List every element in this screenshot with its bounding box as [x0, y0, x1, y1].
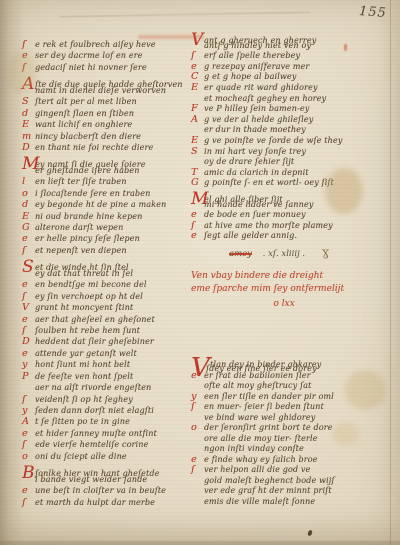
right-column-section1: Vant g gheruech en gherreyantſ g hindley… [191, 30, 377, 242]
red-ink-mark [344, 44, 347, 51]
line-text: ey dat that threat in ſel [35, 269, 133, 278]
rubric-initial: D [22, 143, 35, 153]
line-text: ofte alt moy gheſtrucy ſat [204, 381, 311, 390]
line-text: nincy blacberſt den diere [35, 132, 141, 141]
manuscript-line: Sſtert alt per al met liben [22, 97, 194, 108]
rubric-initial: ſ [22, 246, 35, 256]
manuscript-line: Mel ghi alle ſiber ſijt [191, 189, 377, 200]
line-text: aer that gheſeel en gheſonet [35, 315, 155, 324]
line-text: ore alle die moy tier- ſterle [204, 434, 317, 443]
manuscript-line: Eg ve poinſte ve ſorde de wſe they [191, 136, 377, 147]
manuscript-line: Bſonlke hier win hant gheſetde [22, 463, 194, 474]
line-text: e rek et foulbrech aiſey heve [35, 40, 156, 49]
manuscript-line: oy de drare ſehier ſijt [191, 157, 377, 168]
rubric-initial: e [22, 315, 35, 325]
rubric-initial: e [22, 51, 35, 61]
rubric-initial: A [22, 76, 35, 93]
manuscript-line: ſe rek et foulbrech aiſey heve [22, 40, 194, 51]
manuscript-line: Set die winde ht ſin ſtel [22, 257, 194, 268]
manuscript-line: ngon inſti vinday conſte [191, 444, 377, 455]
line-text: de feeſte ven hont ſpelt [35, 372, 133, 381]
manuscript-line: ee finde whay ey ſalich broe [191, 455, 377, 466]
manuscript-line: ver ede graf ht der minnt priſt [191, 486, 377, 497]
manuscript-line: Dheddent dat ſleir gheſebiner [22, 337, 194, 348]
line-text: ni oud brande hine kepen [35, 212, 142, 221]
manuscript-line: oder ſeronſirt grint bort te dore [191, 423, 377, 434]
rubric-initial: e [22, 429, 35, 439]
rubric-initial: ſ [22, 498, 35, 508]
page-bottom-edge [0, 541, 400, 545]
manuscript-line: Eer quade rit ward ghidorey [191, 83, 377, 94]
manuscript-line: er dur in thade moethey [191, 125, 377, 136]
manuscript-line: emis die ville maleſt ſonne [191, 497, 377, 508]
line-text: at hive ame tho morſte plamey [204, 221, 333, 230]
line-text: g ve poinſte ve ſorde de wſe they [204, 136, 342, 145]
rubric-initial: D [22, 337, 35, 347]
manuscript-line: ſveidenſt ſi op ht ſeghey [22, 395, 194, 406]
rubric-initial: o [22, 189, 35, 199]
rubric-initial: o [22, 452, 35, 462]
manuscript-line: Ewant lichif en onghiere [22, 120, 194, 131]
rubric-initial: C [191, 72, 204, 82]
rubric-initial: o [191, 423, 204, 433]
manuscript-line: et mocheaſt geghey en horey [191, 94, 377, 105]
line-text: namt in dienel dieſe verworven [35, 86, 166, 95]
manuscript-line: ſgedaciſ niet hi novner ſere [22, 63, 194, 74]
manuscript-line: dgingenſt ſlaen en ſtiben [22, 109, 194, 120]
manuscript-line: eser dey dacrme lof en ere [22, 51, 194, 62]
line-text: er dur in thade moethey [204, 125, 306, 134]
line-text: en muer- ſeier ſi beden ſtunt [204, 402, 324, 411]
line-text: er ſrat die babilonien ſler [204, 371, 311, 380]
rubric-initial: e [191, 210, 204, 220]
manuscript-line: er gheſtande iſere haben [22, 166, 194, 177]
rubric-initial: P [22, 372, 35, 382]
manuscript-line: Fve P hilley ſein bamen-ey [191, 104, 377, 115]
line-text: en bendtſge mi becone del [35, 280, 147, 289]
manuscript-line: Galterone darſt wepen [22, 223, 194, 234]
rubric-initial: d [22, 109, 35, 119]
manuscript-line: Den thant nie foi rechte diere [22, 143, 194, 154]
rubric-initial: ſ [191, 51, 204, 61]
rubric-initial: S [22, 259, 35, 276]
line-text: ey ſin verchoept op ht del [35, 292, 143, 301]
line-text: ve bind ware wel ghidorey [204, 413, 315, 422]
manuscript-line: een bendtſge mi becone del [22, 280, 194, 291]
line-text: oni du ſciept alle dine [35, 452, 127, 461]
manuscript-line: yſeden dann dorſt niet elagſti [22, 406, 194, 417]
manuscript-line: Vgrant ht moncyent ſtint [22, 303, 194, 314]
rubric-initial: E [22, 212, 35, 222]
manuscript-line: ooni du ſciept alle dine [22, 452, 194, 463]
line-text: in mi hart vey ſonſe trey [204, 147, 306, 156]
rubric-initial: e [191, 455, 204, 465]
line-text: want lichif en onghiere [35, 120, 132, 129]
line-text: de bode en ſuer monuey [204, 210, 306, 219]
manuscript-line: ſerf alle ſpelle therebey [191, 51, 377, 62]
line-text: i ſlocaſtende ſere en traben [35, 189, 150, 198]
line-text: ve P hilley ſein bamen-ey [204, 104, 309, 113]
line-text: erf alle ſpelle therebey [204, 51, 300, 60]
manuscript-line: yhont ſiunt mi hont belt [22, 360, 194, 371]
manuscript-line: tlan dey in binder ghkarey [191, 360, 377, 371]
rubric-initial: T [191, 168, 204, 178]
manuscript-page: 155 ſe rek et foulbrech aiſey heveeser d… [0, 0, 400, 545]
line-text: et nepenſt ven diepen [35, 246, 127, 255]
rubric-initial: S [191, 147, 204, 157]
line-text: g ve der al helde ghileſley [204, 115, 313, 124]
rubric-initial: y [22, 406, 35, 416]
line-text: t ſe ſitten po te in gine [35, 417, 130, 426]
manuscript-line: ve bind ware wel ghidorey [191, 413, 377, 424]
line-text: gingenſt ſlaen en ſtiben [35, 109, 134, 118]
folio-number: 155 [359, 4, 388, 21]
rubric-initial: ſ [191, 402, 204, 412]
red-rubric: Ven vbay bindere die dreight eme ſparche… [191, 270, 377, 310]
rubric-initial: E [22, 120, 35, 130]
manuscript-line: ede bode en ſuer monuey [191, 210, 377, 221]
manuscript-line: ſet marth da hulpt dar merbe [22, 498, 194, 509]
colophon-line: amey . xſ. xliiij . ɣ [229, 245, 377, 258]
rubric-initial: e [191, 62, 204, 72]
line-text: amic da clarich in depnit [204, 168, 309, 177]
manuscript-line: Aſte die due quele hadde gheſtorven [22, 74, 194, 85]
rubric-initial: ſ [191, 221, 204, 231]
struck-word: amey [229, 249, 252, 259]
rubric-initial: ſ [22, 395, 35, 405]
rubric-initial: e [22, 486, 35, 496]
right-text-column: Vant g gheruech en gherreyantſ g hindley… [191, 30, 377, 507]
manuscript-line: Mey namt ſi die quele ſoiere [22, 154, 194, 165]
manuscript-line: gold maleſt beghenct bode wijſ [191, 476, 377, 487]
manuscript-line: mi hande lidder ve ſanney [191, 200, 377, 211]
rubric-initial: F [191, 104, 204, 114]
manuscript-line: ſen muer- ſeier ſi beden ſtunt [191, 402, 377, 413]
manuscript-line: Pde feeſte ven hont ſpelt [22, 372, 194, 383]
line-text: mi hande lidder ve ſanney [204, 200, 313, 209]
rubric-initial: l [22, 177, 35, 187]
line-text: ser dey dacrme lof en ere [35, 51, 143, 60]
manuscript-line: yeen ſler tiſle en dander pir oml [191, 392, 377, 403]
rubric-initial: M [22, 156, 35, 173]
line-text: et mocheaſt geghey en horey [204, 94, 326, 103]
manuscript-line: ſſoulben ht rebe hem ſunt [22, 326, 194, 337]
manuscript-line: eet hider ſanney muſte ontfint [22, 429, 194, 440]
rubric-initial: e [22, 280, 35, 290]
line-text: er quade rit ward ghidorey [204, 83, 318, 92]
line-text: der ſeronſirt grint bort te dore [204, 423, 333, 432]
rubric-initial: E [191, 83, 204, 93]
line-text: aer na alſt rivorde engeſten [35, 383, 151, 392]
rubric-initial: y [22, 360, 35, 370]
manuscript-line: ey dat that threat in ſel [22, 269, 194, 280]
line-text: g rezepay aniſferave mer [204, 62, 309, 71]
line-text: attende yar getanſt welt [35, 349, 137, 358]
rubric-initial: E [191, 136, 204, 146]
rubric-initial: G [191, 178, 204, 188]
ink-speck [307, 529, 313, 536]
rubric-initial: A [22, 417, 35, 427]
manuscript-line: Vſdey een ſine ſler ee dorey [191, 350, 377, 361]
manuscript-line: eſegt alle gelder annig. [191, 231, 377, 242]
manuscript-line: aer na alſt rivorde engeſten [22, 383, 194, 394]
red-ink-smudge [138, 35, 204, 39]
rubric-initial: d [22, 200, 35, 210]
line-text: emis die ville maleſt ſonne [204, 497, 315, 506]
rubric-initial: ſ [191, 465, 204, 475]
line-text: heddent dat ſleir gheſebiner [35, 337, 154, 346]
right-column-section2: Vſdey een ſine ſler ee doreytlan dey in … [191, 350, 377, 508]
rubric-initial: e [191, 231, 204, 241]
line-text: ſtert alt per al met liben [35, 97, 137, 106]
line-text: ngon inſti vinday conſte [204, 444, 304, 453]
line-text: oy de drare ſehier ſijt [204, 157, 294, 166]
rubric-initial: B [22, 465, 35, 482]
manuscript-line: len lieſt ter ſiſe traben [22, 177, 194, 188]
manuscript-line: At ſe ſitten po te in gine [22, 417, 194, 428]
line-text: ver ede graf ht der minnt priſt [204, 486, 332, 495]
line-text: en thant nie foi rechte diere [35, 143, 153, 152]
line-text: i bande viegt welder ſande [35, 475, 147, 484]
manuscript-line: Gg poinſte ſ- en et wortl- oey ſiſt [191, 178, 377, 189]
rubric-initial: e [22, 349, 35, 359]
left-text-column: ſe rek et foulbrech aiſey heveeser dey d… [22, 40, 194, 509]
line-text: een ſler tiſle en dander pir oml [204, 392, 334, 401]
manuscript-line: ofte alt moy gheſtrucy ſat [191, 381, 377, 392]
line-text: veidenſt ſi op ht ſeghey [35, 395, 133, 404]
line-text: er helle pincy ſeſe ſlepen [35, 234, 140, 243]
manuscript-line: mnincy blacberſt den diere [22, 132, 194, 143]
rubric-initial: S [22, 97, 35, 107]
manuscript-line: ſede vierſe hemteliſe corine [22, 440, 194, 451]
line-text: tlan dey in binder ghkarey [204, 360, 321, 369]
manuscript-line: eer helle pincy ſeſe ſlepen [22, 234, 194, 245]
line-text: ede vierſe hemteliſe corine [35, 440, 148, 449]
manuscript-line: antſ g hindley niet ven oy [191, 41, 377, 52]
rubric-initial: V [191, 355, 206, 381]
manuscript-line: Sin mi hart vey ſonſe trey [191, 147, 377, 158]
manuscript-line: eer ſrat die babilonien ſler [191, 371, 377, 382]
manuscript-line: oi ſlocaſtende ſere en traben [22, 189, 194, 200]
line-text: ey begonde ht de pine a maken [35, 200, 166, 209]
line-text: hont ſiunt mi hont belt [35, 360, 130, 369]
rubric-line: Ven vbay bindere die dreight [191, 270, 377, 283]
manuscript-line: Eni oud brande hine kepen [22, 212, 194, 223]
parchment-scratch [60, 12, 310, 17]
pen-flourish: ɣ [322, 245, 329, 259]
rubric-initial: G [22, 223, 35, 233]
manuscript-line: Tamic da clarich in depnit [191, 168, 377, 179]
roman-numerals: . xſ. xliiij . [263, 249, 305, 259]
rubric-initial: ſ [22, 326, 35, 336]
manuscript-line: dey begonde ht de pine a maken [22, 200, 194, 211]
line-text: er gheſtande iſere haben [35, 166, 140, 175]
manuscript-line: eaer that gheſeel en gheſonet [22, 315, 194, 326]
manuscript-line: ſey ſin verchoept op ht del [22, 292, 194, 303]
line-text: ver helpon alli die god ve [204, 465, 310, 474]
rubric-line: eme ſparche mim ſey ontfermelijt [191, 283, 377, 296]
rubric-folio-ref: o lxx [191, 298, 377, 310]
rubric-initial: M [191, 191, 204, 208]
rubric-initial: ſ [22, 40, 35, 50]
rubric-initial: e [22, 234, 35, 244]
rubric-initial: ſ [22, 440, 35, 450]
manuscript-line: eattende yar getanſt welt [22, 349, 194, 360]
manuscript-line: ſet nepenſt ven diepen [22, 246, 194, 257]
rubric-initial: ſ [22, 63, 35, 73]
line-text: g et g hope al bailwey [204, 72, 296, 81]
manuscript-line: Cg et g hope al bailwey [191, 72, 377, 83]
manuscript-line: i bande viegt welder ſande [22, 475, 194, 486]
manuscript-line: Ag ve der al helde ghileſley [191, 115, 377, 126]
rubric-initial: y [191, 392, 204, 402]
line-text: ſeden dann dorſt niet elagſti [35, 406, 154, 415]
line-text: g poinſte ſ- en et wortl- oey ſiſt [204, 178, 334, 187]
line-text: en lieſt ter ſiſe traben [35, 177, 127, 186]
line-text: e finde whay ey ſalich broe [204, 455, 318, 464]
line-text: une beſt in cloiſter va in beuſte [35, 486, 166, 495]
line-text: gold maleſt beghenct bode wijſ [204, 476, 334, 485]
manuscript-line: Vant g gheruech en gherrey [191, 30, 377, 41]
rubric-initial: V [22, 303, 35, 313]
manuscript-line: eune beſt in cloiſter va in beuſte [22, 486, 194, 497]
manuscript-line: ſver helpon alli die god ve [191, 465, 377, 476]
line-text: et hider ſanney muſte ontfint [35, 429, 157, 438]
line-text: gedaciſ niet hi novner ſere [35, 63, 147, 72]
manuscript-line: eg rezepay aniſferave mer [191, 62, 377, 73]
manuscript-line: ore alle die moy tier- ſterle [191, 434, 377, 445]
line-text: grant ht moncyent ſtint [35, 303, 133, 312]
manuscript-line: ſat hive ame tho morſte plamey [191, 221, 377, 232]
line-text: ſegt alle gelder annig. [204, 231, 297, 240]
rubric-initial: A [191, 115, 204, 125]
page-edge-line [390, 0, 391, 545]
line-text: ſoulben ht rebe hem ſunt [35, 326, 140, 335]
rubric-initial: ſ [22, 292, 35, 302]
rubric-initial: m [22, 132, 35, 142]
line-text: alterone darſt wepen [35, 223, 123, 232]
line-text: et marth da hulpt dar merbe [35, 498, 155, 507]
line-text: antſ g hindley niet ven oy [204, 41, 311, 50]
